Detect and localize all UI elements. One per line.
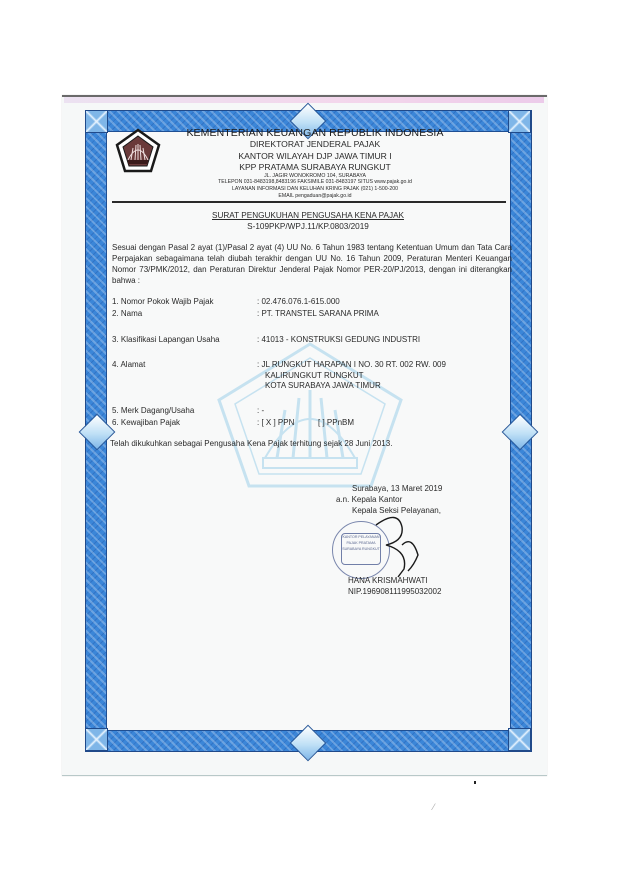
signatory-name: HANA KRISMAHWATI xyxy=(348,576,428,585)
ppnbm-checkbox: [ ] PPnBM xyxy=(318,418,354,427)
document-title: SURAT PENGUKUHAN PENGUSAHA KENA PAJAK xyxy=(108,211,508,220)
pen-mark-icon: ⁄ xyxy=(433,802,435,812)
confirmation-statement: Telah dikukuhkan sebagai Pengusaha Kena … xyxy=(110,439,392,448)
handwritten-signature-icon xyxy=(368,505,428,585)
corner-ornament-icon xyxy=(508,728,531,751)
statement-text: Telah dikukuhkan sebagai Pengusaha Kena … xyxy=(110,439,392,448)
field-label: 6. Kewajiban Pajak xyxy=(112,418,262,427)
on-behalf-label: a.n. Kepala Kantor xyxy=(336,495,402,504)
office-email: EMAIL pengaduan@pajak.go.id xyxy=(140,193,490,199)
field-value: : [ X ] PPN xyxy=(257,418,294,427)
field-label: 5. Merk Dagang/Usaha xyxy=(112,406,262,415)
field-value: : JL RUNGKUT HARAPAN I NO. 30 RT. 002 RW… xyxy=(257,360,446,369)
regional-office-name: KANTOR WILAYAH DJP JAWA TIMUR I xyxy=(140,151,490,161)
header-divider xyxy=(112,201,506,203)
corner-ornament-icon xyxy=(85,110,108,133)
field-label: 2. Nama xyxy=(112,309,262,318)
ministry-name: KEMENTERIAN KEUANGAN REPUBLIK INDONESIA xyxy=(140,127,490,139)
intro-paragraph: Sesuai dengan Pasal 2 ayat (1)/Pasal 2 a… xyxy=(112,242,512,286)
scan-artifact-strip xyxy=(64,97,544,103)
field-label: 3. Klasifikasi Lapangan Usaha xyxy=(112,335,262,344)
directorate-name: DIREKTORAT JENDERAL PAJAK xyxy=(140,139,490,149)
corner-ornament-icon xyxy=(85,728,108,751)
field-label: 4. Alamat xyxy=(112,360,262,369)
place-date: Surabaya, 13 Maret 2019 xyxy=(352,484,442,493)
address-line: KALIRUNGKUT RUNGKUT xyxy=(265,371,364,380)
document-number: S-109PKP/WPJ.11/KP.0803/2019 xyxy=(108,222,508,231)
scan-dot xyxy=(474,781,476,784)
address-line: KOTA SURABAYA JAWA TIMUR xyxy=(265,381,381,390)
field-label: 1. Nomor Pokok Wajib Pajak xyxy=(112,297,262,306)
ppnbm-label: [ ] PPnBM xyxy=(318,418,354,427)
field-value: : 41013 - KONSTRUKSI GEDUNG INDUSTRI xyxy=(257,335,420,344)
field-value: : 02.476.076.1-615.000 xyxy=(257,297,340,306)
office-name: KPP PRATAMA SURABAYA RUNGKUT xyxy=(140,162,490,172)
service-line: LAYANAN INFORMASI DAN KELUHAN KRING PAJA… xyxy=(140,186,490,192)
field-value: : PT. TRANSTEL SARANA PRIMA xyxy=(257,309,379,318)
signatory-nip: NIP.196908111995032002 xyxy=(348,587,441,596)
office-contact: TELEPON 031-8483198,8483196 FAKSIMILE 03… xyxy=(140,179,490,185)
corner-ornament-icon xyxy=(508,110,531,133)
field-value: : - xyxy=(257,406,264,415)
